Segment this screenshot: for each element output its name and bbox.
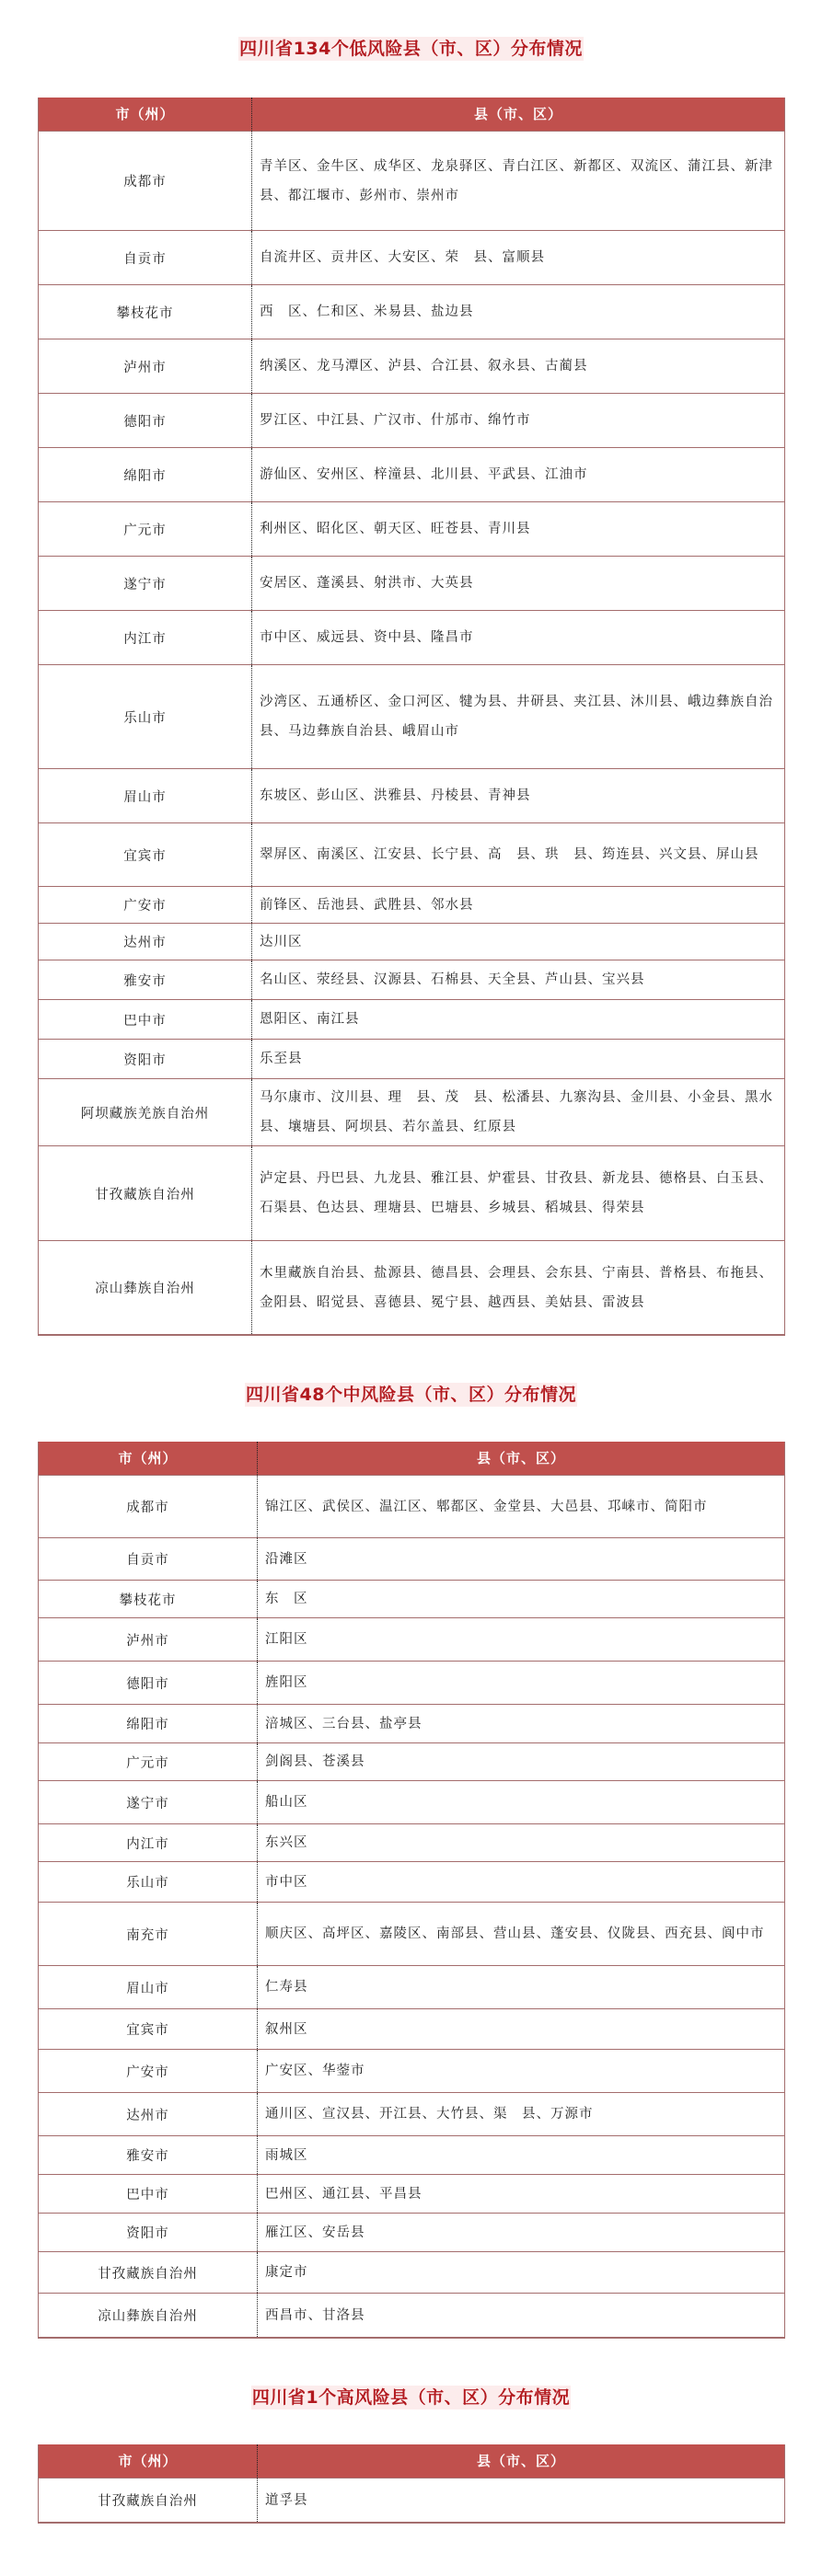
county-cell: 锦江区、武侯区、温江区、郫都区、金堂县、大邑县、邛崃市、简阳市 (258, 1476, 784, 1537)
table-row: 广安市广安区、华蓥市 (39, 2049, 784, 2092)
table-row: 南充市顺庆区、高坪区、嘉陵区、南部县、营山县、蓬安县、仪陇县、西充县、阆中市 (39, 1902, 784, 1965)
header-city: 市（州） (39, 98, 252, 131)
city-cell: 泸州市 (39, 1618, 258, 1661)
county-cell: 道孚县 (258, 2478, 784, 2522)
low-risk-table: 市（州） 县（市、区） 成都市青羊区、金牛区、成华区、龙泉驿区、青白江区、新都区… (38, 98, 785, 1336)
county-cell: 利州区、昭化区、朝天区、旺苍县、青川县 (252, 502, 784, 556)
city-cell: 绵阳市 (39, 448, 252, 501)
county-cell: 雁江区、安岳县 (258, 2214, 784, 2251)
table-row: 资阳市乐至县 (39, 1039, 784, 1078)
county-cell: 西 区、仁和区、米易县、盐边县 (252, 285, 784, 339)
city-cell: 德阳市 (39, 394, 252, 447)
city-cell: 眉山市 (39, 1966, 258, 2008)
city-cell: 南充市 (39, 1903, 258, 1965)
city-cell: 凉山彝族自治州 (39, 1241, 252, 1334)
table-row: 眉山市仁寿县 (39, 1965, 784, 2008)
table-row: 泸州市纳溪区、龙马潭区、泸县、合江县、叙永县、古蔺县 (39, 339, 784, 393)
table-row: 巴中市恩阳区、南江县 (39, 999, 784, 1039)
table-row: 成都市锦江区、武侯区、温江区、郫都区、金堂县、大邑县、邛崃市、简阳市 (39, 1475, 784, 1537)
county-cell: 恩阳区、南江县 (252, 1000, 784, 1039)
city-cell: 资阳市 (39, 1040, 252, 1078)
header-city: 市（州） (39, 2444, 258, 2478)
table-row: 宜宾市叙州区 (39, 2008, 784, 2049)
city-cell: 攀枝花市 (39, 285, 252, 339)
table-row: 资阳市雁江区、安岳县 (39, 2213, 784, 2251)
table-row: 乐山市沙湾区、五通桥区、金口河区、犍为县、井研县、夹江县、沐川县、峨边彝族自治县… (39, 664, 784, 768)
table-row: 雅安市雨城区 (39, 2135, 784, 2174)
table-row: 眉山市东坡区、彭山区、洪雅县、丹棱县、青神县 (39, 768, 784, 822)
table-row: 遂宁市安居区、蓬溪县、射洪市、大英县 (39, 556, 784, 610)
table-row: 攀枝花市东 区 (39, 1580, 784, 1617)
table-row: 攀枝花市西 区、仁和区、米易县、盐边县 (39, 284, 784, 339)
table-row: 内江市东兴区 (39, 1823, 784, 1861)
county-cell: 青羊区、金牛区、成华区、龙泉驿区、青白江区、新都区、双流区、蒲江县、新津县、都江… (252, 132, 784, 230)
county-cell: 剑阁县、苍溪县 (258, 1743, 784, 1780)
city-cell: 雅安市 (39, 2136, 258, 2174)
table-row: 内江市市中区、威远县、资中县、隆昌市 (39, 610, 784, 664)
table-row: 甘孜藏族自治州道孚县 (39, 2478, 784, 2523)
county-cell: 顺庆区、高坪区、嘉陵区、南部县、营山县、蓬安县、仪陇县、西充县、阆中市 (258, 1903, 784, 1965)
table-row: 成都市青羊区、金牛区、成华区、龙泉驿区、青白江区、新都区、双流区、蒲江县、新津县… (39, 131, 784, 230)
county-cell: 马尔康市、汶川县、理 县、茂 县、松潘县、九寨沟县、金川县、小金县、黑水县、壤塘… (252, 1079, 784, 1145)
high-risk-table: 市（州） 县（市、区） 甘孜藏族自治州道孚县 (38, 2444, 785, 2524)
city-cell: 乐山市 (39, 1862, 258, 1902)
city-cell: 眉山市 (39, 769, 252, 822)
high-risk-section-title: 四川省1个高风险县（市、区）分布情况 (251, 2386, 571, 2409)
county-cell: 江阳区 (258, 1618, 784, 1661)
county-cell: 仁寿县 (258, 1966, 784, 2008)
city-cell: 攀枝花市 (39, 1581, 258, 1617)
medium-risk-table: 市（州） 县（市、区） 成都市锦江区、武侯区、温江区、郫都区、金堂县、大邑县、邛… (38, 1442, 785, 2339)
table-row: 遂宁市船山区 (39, 1780, 784, 1823)
table-row: 泸州市江阳区 (39, 1617, 784, 1661)
low-risk-section-title: 四川省134个低风险县（市、区）分布情况 (238, 37, 584, 61)
county-cell: 沿滩区 (258, 1538, 784, 1580)
table-row: 凉山彝族自治州木里藏族自治县、盐源县、德昌县、会理县、会东县、宁南县、普格县、布… (39, 1240, 784, 1335)
county-cell: 船山区 (258, 1781, 784, 1823)
county-cell: 纳溪区、龙马潭区、泸县、合江县、叙永县、古蔺县 (252, 339, 784, 393)
county-cell: 乐至县 (252, 1040, 784, 1078)
city-cell: 宜宾市 (39, 823, 252, 886)
city-cell: 达州市 (39, 2093, 258, 2135)
city-cell: 巴中市 (39, 2175, 258, 2213)
table-row: 宜宾市翠屏区、南溪区、江安县、长宁县、高 县、珙 县、筠连县、兴文县、屏山县 (39, 822, 784, 886)
county-cell: 东 区 (258, 1581, 784, 1617)
city-cell: 甘孜藏族自治州 (39, 1146, 252, 1240)
table-row: 甘孜藏族自治州泸定县、丹巴县、九龙县、雅江县、炉霍县、甘孜县、新龙县、德格县、白… (39, 1145, 784, 1240)
county-cell: 通川区、宣汉县、开江县、大竹县、渠 县、万源市 (258, 2093, 784, 2135)
county-cell: 名山区、荥经县、汉源县、石棉县、天全县、芦山县、宝兴县 (252, 960, 784, 999)
city-cell: 甘孜藏族自治州 (39, 2478, 258, 2522)
table-row: 乐山市市中区 (39, 1861, 784, 1902)
county-cell: 涪城区、三台县、盐亭县 (258, 1705, 784, 1742)
city-cell: 阿坝藏族羌族自治州 (39, 1079, 252, 1145)
city-cell: 甘孜藏族自治州 (39, 2252, 258, 2293)
table-row: 巴中市巴州区、通江县、平昌县 (39, 2174, 784, 2213)
table-row: 达州市达川区 (39, 923, 784, 960)
county-cell: 翠屏区、南溪区、江安县、长宁县、高 县、珙 县、筠连县、兴文县、屏山县 (252, 823, 784, 886)
city-cell: 自贡市 (39, 231, 252, 284)
table-row: 广安市前锋区、岳池县、武胜县、邻水县 (39, 886, 784, 923)
city-cell: 成都市 (39, 1476, 258, 1537)
county-cell: 安居区、蓬溪县、射洪市、大英县 (252, 557, 784, 610)
county-cell: 东坡区、彭山区、洪雅县、丹棱县、青神县 (252, 769, 784, 822)
county-cell: 康定市 (258, 2252, 784, 2293)
header-county: 县（市、区） (252, 98, 784, 131)
table-row: 绵阳市涪城区、三台县、盐亭县 (39, 1704, 784, 1742)
county-cell: 前锋区、岳池县、武胜县、邻水县 (252, 887, 784, 923)
county-cell: 旌阳区 (258, 1662, 784, 1704)
county-cell: 西昌市、甘洛县 (258, 2294, 784, 2337)
county-cell: 叙州区 (258, 2009, 784, 2049)
table-header: 市（州） 县（市、区） (39, 1442, 784, 1475)
city-cell: 广安市 (39, 887, 252, 923)
high-risk-title-wrap: 四川省1个高风险县（市、区）分布情况 (0, 2386, 822, 2409)
header-city: 市（州） (39, 1442, 258, 1475)
city-cell: 成都市 (39, 132, 252, 230)
medium-risk-title-wrap: 四川省48个中风险县（市、区）分布情况 (0, 1383, 822, 1407)
table-row: 自贡市自流井区、贡井区、大安区、荣 县、富顺县 (39, 230, 784, 284)
header-county: 县（市、区） (258, 1442, 784, 1475)
table-row: 广元市利州区、昭化区、朝天区、旺苍县、青川县 (39, 501, 784, 556)
city-cell: 凉山彝族自治州 (39, 2294, 258, 2337)
table-row: 广元市剑阁县、苍溪县 (39, 1742, 784, 1780)
low-risk-title-wrap: 四川省134个低风险县（市、区）分布情况 (0, 37, 822, 61)
city-cell: 巴中市 (39, 1000, 252, 1039)
city-cell: 广元市 (39, 502, 252, 556)
table-row: 自贡市沿滩区 (39, 1537, 784, 1580)
city-cell: 遂宁市 (39, 557, 252, 610)
county-cell: 罗江区、中江县、广汉市、什邡市、绵竹市 (252, 394, 784, 447)
city-cell: 泸州市 (39, 339, 252, 393)
city-cell: 达州市 (39, 924, 252, 960)
table-row: 达州市通川区、宣汉县、开江县、大竹县、渠 县、万源市 (39, 2092, 784, 2135)
table-row: 阿坝藏族羌族自治州马尔康市、汶川县、理 县、茂 县、松潘县、九寨沟县、金川县、小… (39, 1078, 784, 1145)
county-cell: 市中区、威远县、资中县、隆昌市 (252, 611, 784, 664)
county-cell: 雨城区 (258, 2136, 784, 2174)
county-cell: 市中区 (258, 1862, 784, 1902)
city-cell: 德阳市 (39, 1662, 258, 1704)
county-cell: 自流井区、贡井区、大安区、荣 县、富顺县 (252, 231, 784, 284)
city-cell: 绵阳市 (39, 1705, 258, 1742)
city-cell: 乐山市 (39, 665, 252, 768)
table-row: 德阳市旌阳区 (39, 1661, 784, 1704)
medium-risk-section-title: 四川省48个中风险县（市、区）分布情况 (245, 1383, 577, 1407)
city-cell: 广安市 (39, 2050, 258, 2092)
table-header: 市（州） 县（市、区） (39, 2444, 784, 2478)
city-cell: 雅安市 (39, 960, 252, 999)
county-cell: 泸定县、丹巴县、九龙县、雅江县、炉霍县、甘孜县、新龙县、德格县、白玉县、石渠县、… (252, 1146, 784, 1240)
city-cell: 自贡市 (39, 1538, 258, 1580)
city-cell: 遂宁市 (39, 1781, 258, 1823)
table-row: 绵阳市游仙区、安州区、梓潼县、北川县、平武县、江油市 (39, 447, 784, 501)
table-row: 甘孜藏族自治州康定市 (39, 2251, 784, 2293)
city-cell: 内江市 (39, 1824, 258, 1861)
city-cell: 广元市 (39, 1743, 258, 1780)
city-cell: 宜宾市 (39, 2009, 258, 2049)
county-cell: 木里藏族自治县、盐源县、德昌县、会理县、会东县、宁南县、普格县、布拖县、金阳县、… (252, 1241, 784, 1334)
header-county: 县（市、区） (258, 2444, 784, 2478)
county-cell: 游仙区、安州区、梓潼县、北川县、平武县、江油市 (252, 448, 784, 501)
table-row: 德阳市罗江区、中江县、广汉市、什邡市、绵竹市 (39, 393, 784, 447)
table-header: 市（州） 县（市、区） (39, 98, 784, 131)
county-cell: 东兴区 (258, 1824, 784, 1861)
county-cell: 达川区 (252, 924, 784, 960)
city-cell: 内江市 (39, 611, 252, 664)
table-row: 凉山彝族自治州西昌市、甘洛县 (39, 2293, 784, 2338)
table-row: 雅安市名山区、荥经县、汉源县、石棉县、天全县、芦山县、宝兴县 (39, 960, 784, 999)
city-cell: 资阳市 (39, 2214, 258, 2251)
county-cell: 沙湾区、五通桥区、金口河区、犍为县、井研县、夹江县、沐川县、峨边彝族自治县、马边… (252, 665, 784, 768)
county-cell: 广安区、华蓥市 (258, 2050, 784, 2092)
county-cell: 巴州区、通江县、平昌县 (258, 2175, 784, 2213)
